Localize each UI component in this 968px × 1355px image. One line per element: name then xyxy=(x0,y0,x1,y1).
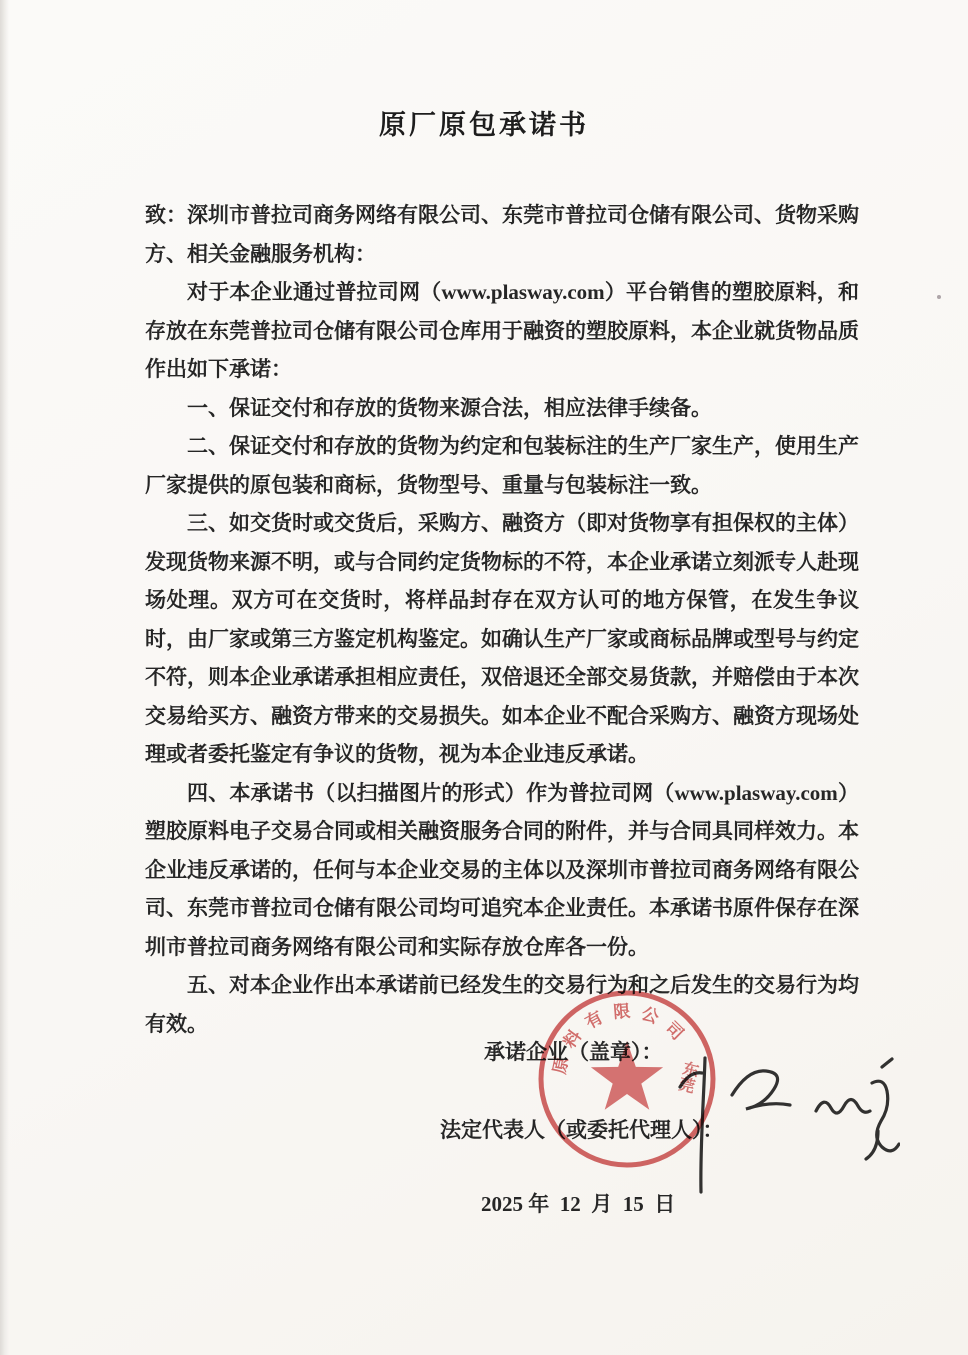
document-body: 致：深圳市普拉司商务网络有限公司、东莞市普拉司仓储有限公司、货物采购方、相关金融… xyxy=(145,196,859,1043)
clause-4-paragraph: 四、本承诺书（以扫描图片的形式）作为普拉司网（www.plasway.com）塑… xyxy=(145,774,859,967)
page-title: 原厂原包承诺书 xyxy=(0,0,968,144)
scan-speck xyxy=(937,295,941,299)
clause-3-paragraph: 三、如交货时或交货后，采购方、融资方（即对货物享有担保权的主体）发现货物来源不明… xyxy=(145,504,859,774)
signature-stroke xyxy=(680,1073,702,1087)
signature-stroke xyxy=(732,1071,790,1109)
page-title-text: 原厂原包承诺书 xyxy=(379,110,589,140)
signature-stroke xyxy=(816,1100,870,1114)
signature-stroke xyxy=(701,1058,705,1192)
clause-2-paragraph: 二、保证交付和存放的货物为约定和包装标注的生产厂家生产，使用生产厂家提供的原包装… xyxy=(145,427,859,504)
signature-stroke xyxy=(882,1059,892,1067)
intro-paragraph: 对于本企业通过普拉司网（www.plasway.com）平台销售的塑胶原料，和存… xyxy=(145,273,859,389)
clause-1-paragraph: 一、保证交付和存放的货物来源合法，相应法律手续备。 xyxy=(145,389,859,428)
recipient-paragraph: 致：深圳市普拉司商务网络有限公司、东莞市普拉司仓储有限公司、货物采购方、相关金融… xyxy=(145,196,859,273)
signature-handwriting xyxy=(620,1035,900,1205)
clause-5-paragraph: 五、对本企业作出本承诺前已经发生的交易行为和之后发生的交易行为均有效。 xyxy=(145,966,859,1043)
document-page: 原厂原包承诺书 致：深圳市普拉司商务网络有限公司、东莞市普拉司仓储有限公司、货物… xyxy=(0,0,968,1355)
scan-edge-shadow xyxy=(0,0,9,1355)
